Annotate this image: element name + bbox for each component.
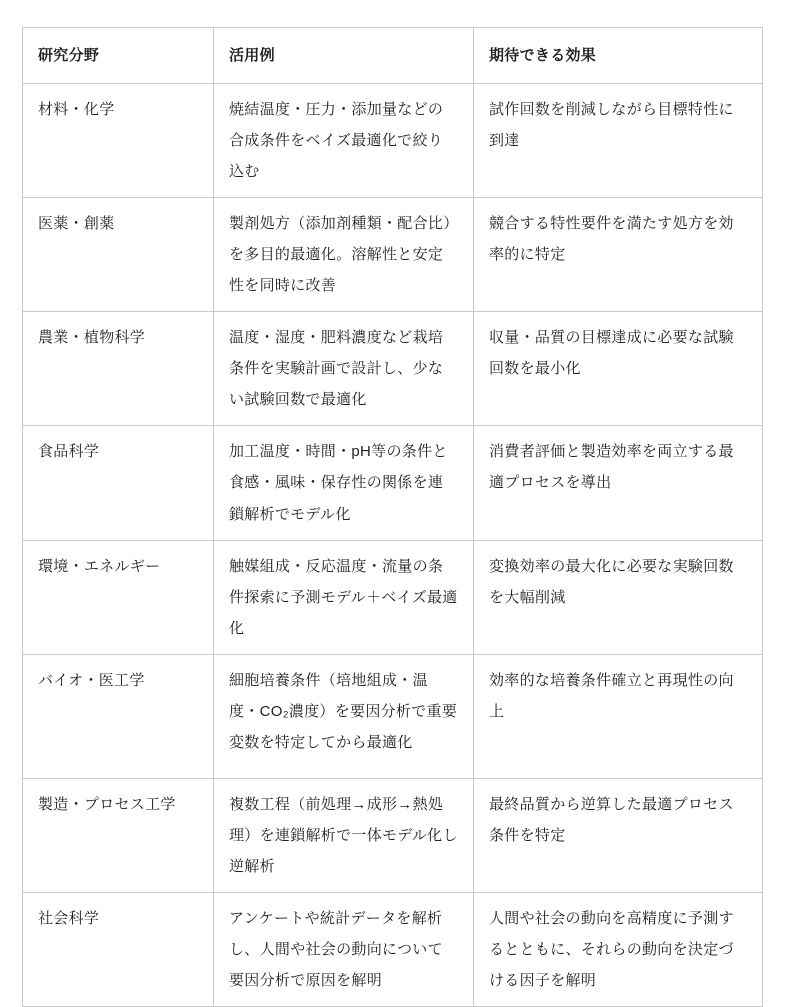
- cell-usage: 製剤処方（添加剤種類・配合比）を多目的最適化。溶解性と安定性を同時に改善: [214, 198, 474, 312]
- cell-field: 環境・エネルギー: [23, 540, 214, 654]
- table-row: 環境・エネルギー 触媒組成・反応温度・流量の条件探索に予測モデル＋ベイズ最適化 …: [23, 540, 763, 654]
- cell-field: 製造・プロセス工学: [23, 778, 214, 892]
- cell-field: 材料・化学: [23, 84, 214, 198]
- cell-usage: 細胞培養条件（培地組成・温度・CO₂濃度）を要因分析で重要変数を特定してから最適…: [214, 654, 474, 778]
- cell-usage: 加工温度・時間・pH等の条件と食感・風味・保存性の関係を連鎖解析でモデル化: [214, 426, 474, 540]
- research-fields-table-container: 研究分野 活用例 期待できる効果 材料・化学 焼結温度・圧力・添加量などの合成条…: [22, 27, 763, 1007]
- table-row: 製造・プロセス工学 複数工程（前処理→成形→熱処理）を連鎖解析で一体モデル化し逆…: [23, 778, 763, 892]
- cell-usage: アンケートや統計データを解析し、人間や社会の動向について要因分析で原因を解明: [214, 892, 474, 1006]
- cell-effect: 収量・品質の目標達成に必要な試験回数を最小化: [474, 312, 763, 426]
- header-cell-effect: 期待できる効果: [474, 28, 763, 84]
- cell-field: 農業・植物科学: [23, 312, 214, 426]
- research-fields-table: 研究分野 活用例 期待できる効果 材料・化学 焼結温度・圧力・添加量などの合成条…: [22, 27, 763, 1007]
- header-row: 研究分野 活用例 期待できる効果: [23, 28, 763, 84]
- cell-usage: 複数工程（前処理→成形→熱処理）を連鎖解析で一体モデル化し逆解析: [214, 778, 474, 892]
- table-row: バイオ・医工学 細胞培養条件（培地組成・温度・CO₂濃度）を要因分析で重要変数を…: [23, 654, 763, 778]
- table-row: 材料・化学 焼結温度・圧力・添加量などの合成条件をベイズ最適化で絞り込む 試作回…: [23, 84, 763, 198]
- header-cell-field: 研究分野: [23, 28, 214, 84]
- table-row: 食品科学 加工温度・時間・pH等の条件と食感・風味・保存性の関係を連鎖解析でモデ…: [23, 426, 763, 540]
- cell-field: バイオ・医工学: [23, 654, 214, 778]
- cell-usage: 焼結温度・圧力・添加量などの合成条件をベイズ最適化で絞り込む: [214, 84, 474, 198]
- table-row: 社会科学 アンケートや統計データを解析し、人間や社会の動向について要因分析で原因…: [23, 892, 763, 1006]
- cell-field: 食品科学: [23, 426, 214, 540]
- cell-effect: 最終品質から逆算した最適プロセス条件を特定: [474, 778, 763, 892]
- table-row: 農業・植物科学 温度・湿度・肥料濃度など栽培条件を実験計画で設計し、少ない試験回…: [23, 312, 763, 426]
- table-body: 材料・化学 焼結温度・圧力・添加量などの合成条件をベイズ最適化で絞り込む 試作回…: [23, 84, 763, 1007]
- table-row: 医薬・創薬 製剤処方（添加剤種類・配合比）を多目的最適化。溶解性と安定性を同時に…: [23, 198, 763, 312]
- cell-usage: 温度・湿度・肥料濃度など栽培条件を実験計画で設計し、少ない試験回数で最適化: [214, 312, 474, 426]
- cell-effect: 人間や社会の動向を高精度に予測するとともに、それらの動向を決定づける因子を解明: [474, 892, 763, 1006]
- cell-effect: 消費者評価と製造効率を両立する最適プロセスを導出: [474, 426, 763, 540]
- header-cell-usage: 活用例: [214, 28, 474, 84]
- cell-field: 社会科学: [23, 892, 214, 1006]
- cell-usage: 触媒組成・反応温度・流量の条件探索に予測モデル＋ベイズ最適化: [214, 540, 474, 654]
- cell-field: 医薬・創薬: [23, 198, 214, 312]
- cell-effect: 競合する特性要件を満たす処方を効率的に特定: [474, 198, 763, 312]
- cell-effect: 試作回数を削減しながら目標特性に到達: [474, 84, 763, 198]
- table-header: 研究分野 活用例 期待できる効果: [23, 28, 763, 84]
- cell-effect: 変換効率の最大化に必要な実験回数を大幅削減: [474, 540, 763, 654]
- cell-effect: 効率的な培養条件確立と再現性の向上: [474, 654, 763, 778]
